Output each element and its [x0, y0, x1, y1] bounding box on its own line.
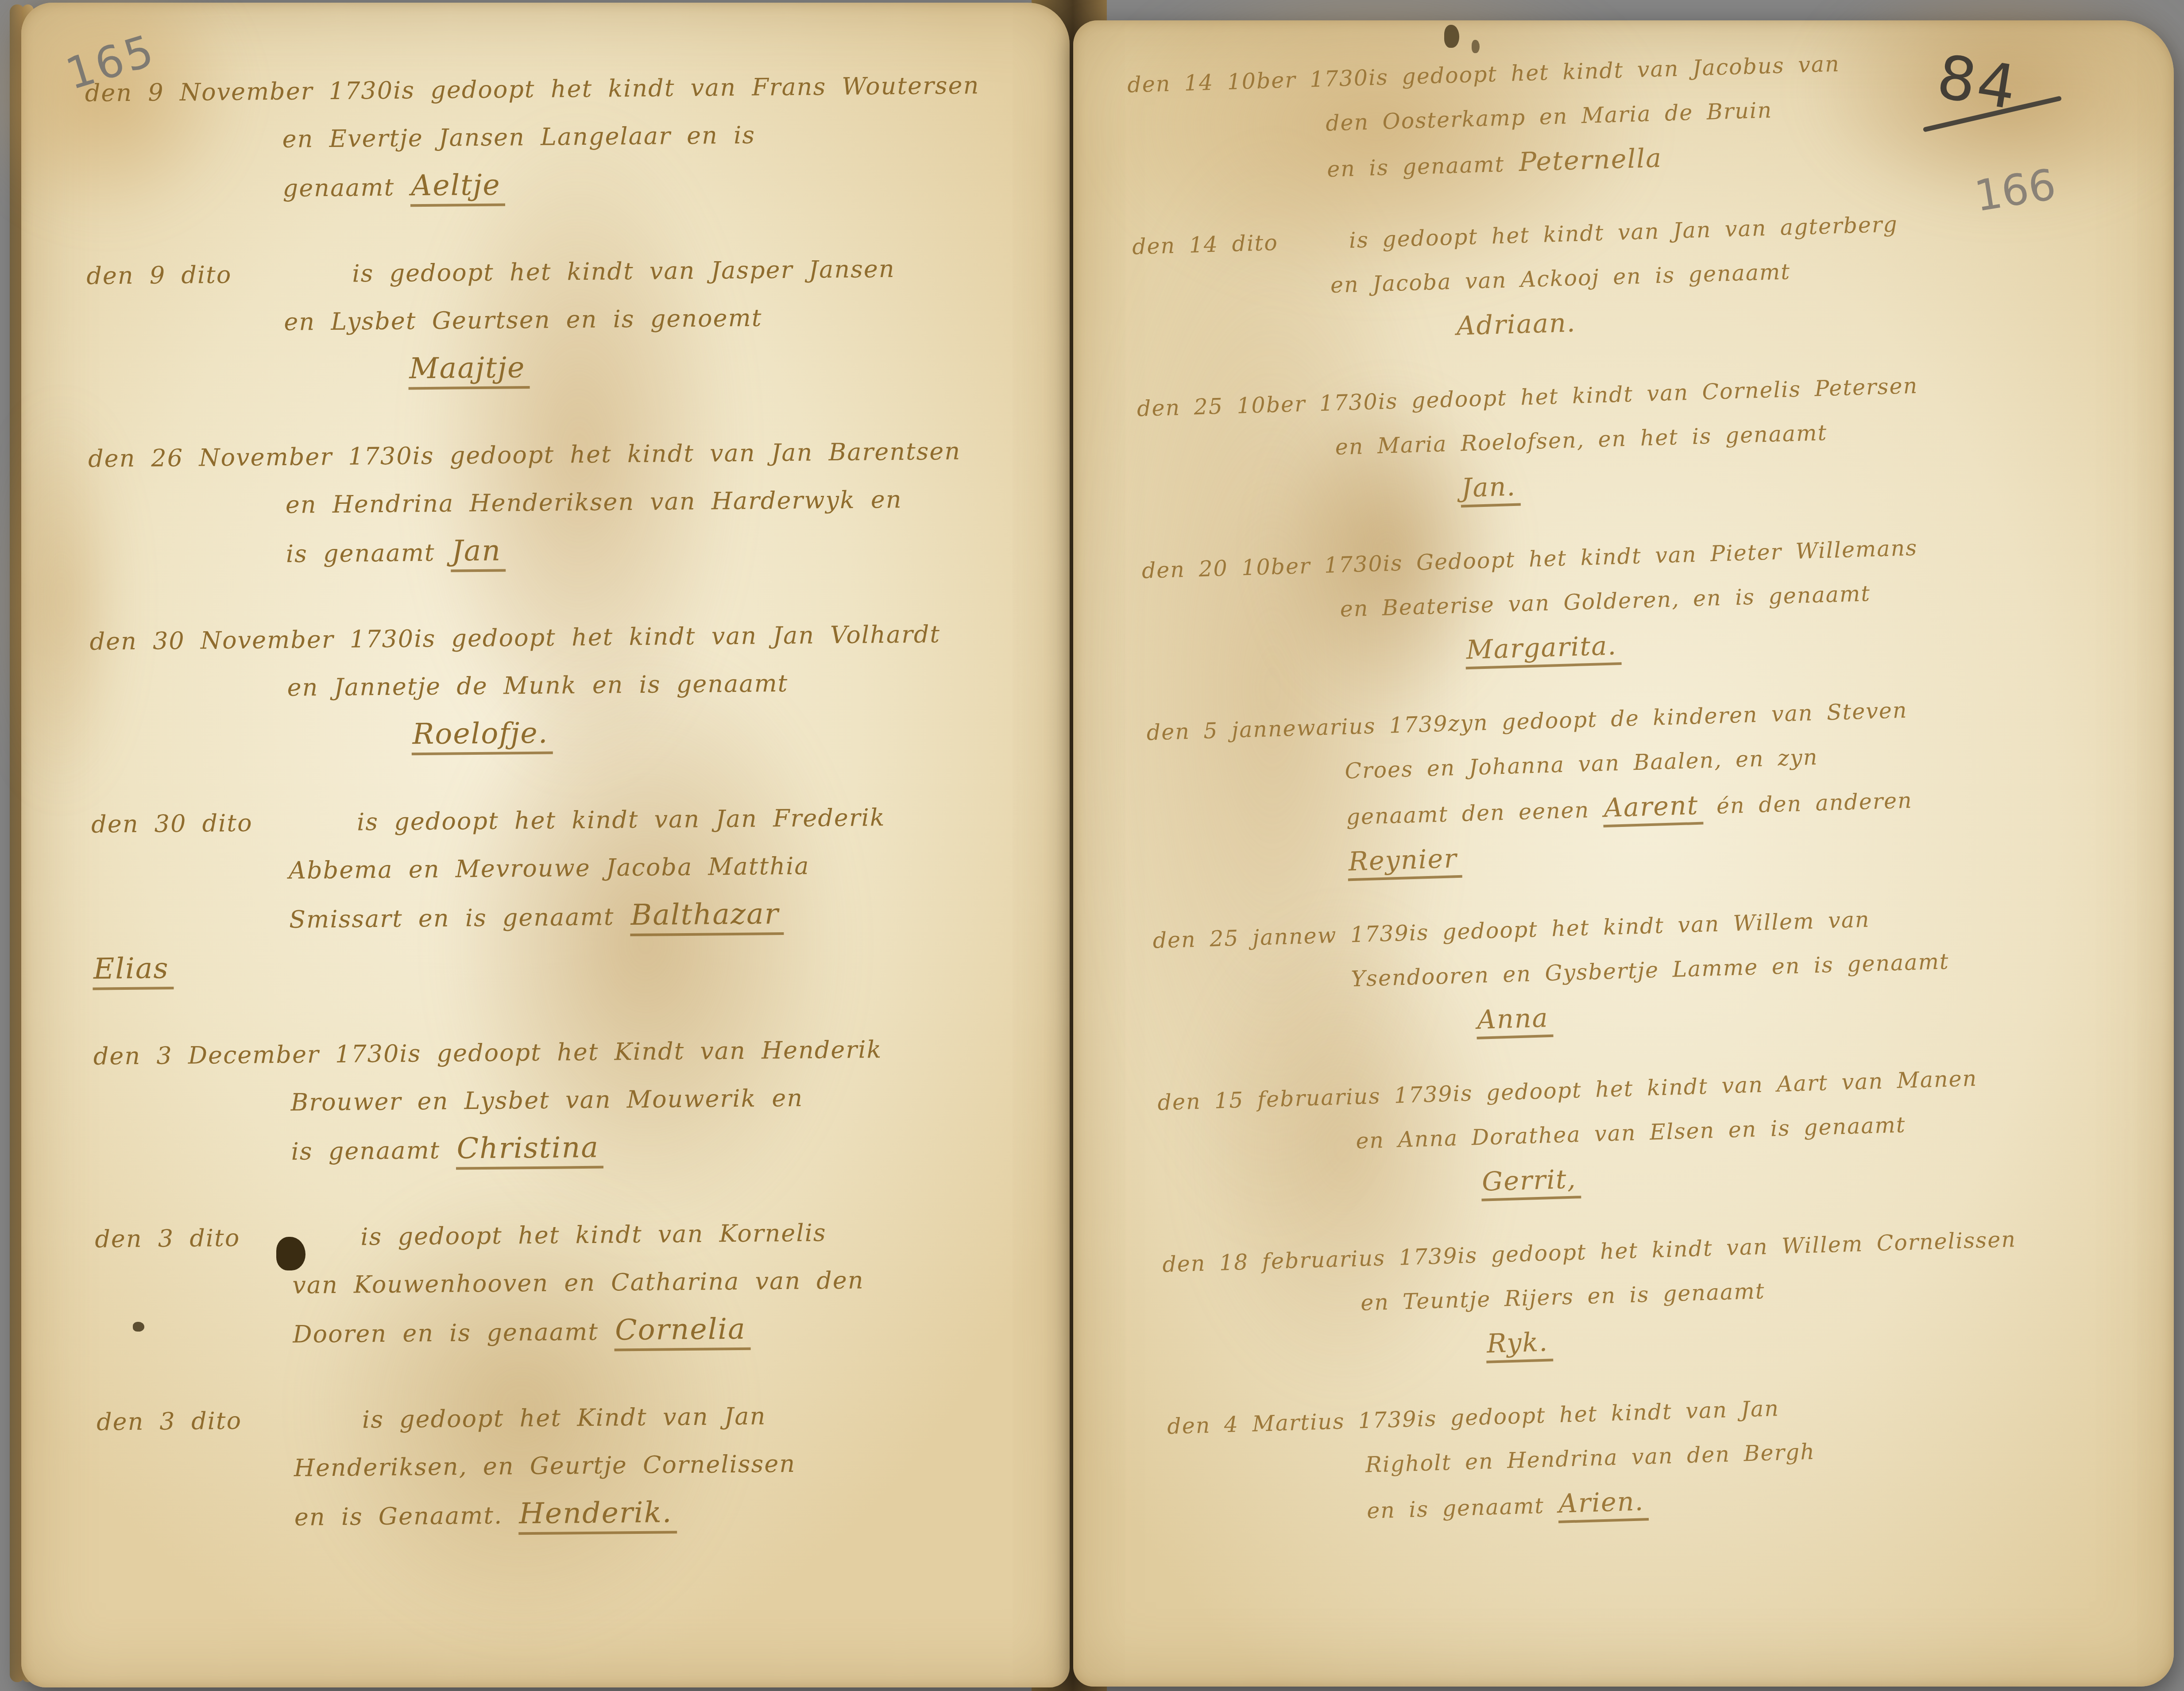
entry-line: Maajtje [408, 340, 1051, 394]
baptized-name: Arien. [1557, 1486, 1649, 1523]
baptized-name: Anna [1476, 1002, 1554, 1039]
baptism-entry: den 3 December 1730is gedoopt het Kindt … [93, 1024, 1058, 1178]
entry-line: den 9 ditois gedoopt het kindt van Jaspe… [86, 244, 1050, 300]
entry-text: Ysendooren en Gysbertje Lamme en is gena… [1351, 949, 1950, 992]
entry-line: den 26 November 1730is gedoopt het kindt… [88, 427, 1052, 483]
baptized-name: Christina [456, 1131, 603, 1170]
entry-text: is gedoopt het kindt van Jan Barentsen [412, 437, 961, 470]
entry-line: en Hendrina Henderiksen van Harderwyk en [285, 475, 1052, 529]
entry-date: den 20 10ber 1730 [1141, 542, 1384, 593]
entry-text: is gedoopt het kindt van Jan van agterbe… [1349, 212, 1898, 253]
entry-date: den 3 dito [97, 1396, 363, 1446]
baptized-name: Aarent [1603, 790, 1704, 828]
entry-text: en Jacoba van Ackooj en is genaamt [1330, 259, 1791, 298]
entry-text: en Lysbet Geurtsen en is genoemt [284, 304, 762, 336]
baptism-entry: den 25 10ber 1730is gedoopt het kindt va… [1136, 356, 2172, 521]
entry-text: en Jannetje de Munk en is genaamt [287, 669, 788, 702]
entry-date: den 14 10ber 1730 [1127, 56, 1369, 107]
entry-date: den 3 December 1730 [93, 1030, 399, 1081]
entry-text: Dooren en is genaamt [293, 1317, 614, 1348]
baptized-name: Cornelia [614, 1313, 750, 1351]
baptism-entry: den 20 10ber 1730is Gedoopt het kindt va… [1141, 518, 2177, 683]
entry-text: is gedoopt het kindt van Willem Cornelis… [1457, 1227, 2017, 1268]
baptism-entry: den 30 ditois gedoopt het kindt van Jan … [91, 792, 1056, 995]
baptism-entry: den 25 jannew 1739is gedoopt het kindt v… [1152, 888, 2184, 1053]
entry-text: is gedoopt het kindt van Jan Frederik [357, 803, 885, 836]
baptized-name: Aeltje [410, 168, 505, 207]
entry-text: Henderiksen, en Geurtje Cornelissen [294, 1450, 796, 1482]
entry-line: den 9 November 1730is gedoopt het kindt … [85, 61, 1048, 117]
baptized-name: Reynier [1347, 843, 1462, 881]
entry-line: den 30 November 1730is gedoopt het kindt… [89, 610, 1053, 666]
entry-text: is gedoopt het kindt van Jan [1417, 1396, 1780, 1432]
entry-text: is gedoopt het kindt van Willem van [1409, 907, 1870, 946]
entry-text: en Anna Dorathea van Elsen en is genaamt [1356, 1112, 1906, 1154]
entry-text: is gedoopt het kindt van Jacobus van [1368, 51, 1840, 91]
entry-line: den 3 ditois gedoopt het kindt van Korne… [95, 1207, 1059, 1263]
entry-date: den 3 dito [95, 1213, 361, 1263]
entry-date: den 9 November 1730 [85, 67, 393, 117]
baptism-entry: den 14 ditois gedoopt het kindt van Jan … [1132, 194, 2168, 359]
entry-line: den 30 ditois gedoopt het kindt van Jan … [91, 792, 1055, 849]
baptized-name: Gerrit, [1480, 1163, 1581, 1201]
entry-text: en is Genaamt. [294, 1501, 518, 1531]
entry-text: zyn gedoopt de kinderen van Steven [1448, 698, 1908, 737]
entry-line: Henderiksen, en Geurtje Cornelissen [294, 1438, 1060, 1492]
baptized-name: Jan. [1460, 471, 1521, 508]
entry-line: Brouwer en Lysbet van Mouwerik en [290, 1072, 1057, 1127]
entry-date: den 25 10ber 1730 [1136, 380, 1379, 431]
entry-text: en Hendrina Henderiksen van Harderwyk en [286, 486, 902, 519]
entry-line: en Lysbet Geurtsen en is genoemt [284, 292, 1051, 346]
entry-text: én den anderen [1703, 788, 1913, 819]
entry-line: Abbema en Mevrouwe Jacoba Matthia [289, 840, 1055, 895]
entry-text: is gedoopt het Kindt van Henderik [399, 1035, 882, 1068]
entry-text: is gedoopt het kindt van Jasper Jansen [352, 255, 895, 288]
baptized-name: Peternella [1518, 142, 1667, 179]
baptized-name: Adriaan. [1455, 307, 1581, 343]
baptized-name: Henderik. [518, 1496, 677, 1535]
entry-line: genaamt Aeltje [282, 157, 1049, 212]
entry-text: Croes en Johanna van Baalen, en zyn [1345, 745, 1818, 784]
baptism-entry: den 18 februarius 1739is gedoopt het kin… [1162, 1212, 2184, 1377]
left-page-entries: den 9 November 1730is gedoopt het kindt … [21, 0, 1083, 1582]
baptized-name: Maajtje [408, 351, 530, 390]
right-page-entries: den 14 10ber 1730is gedoopt het kindt va… [1073, 0, 2184, 1568]
baptism-entry: den 3 ditois gedoopt het kindt van Korne… [95, 1207, 1059, 1360]
entry-text: Smissart en is genaamt [289, 903, 630, 934]
entry-text: en is genaamt [1366, 1493, 1558, 1524]
entry-text: en Evertje Jansen Langelaar en is [282, 121, 755, 153]
entry-text: Brouwer en Lysbet van Mouwerik en [290, 1084, 803, 1116]
baptized-name: Roelofje. [411, 717, 553, 756]
manuscript-scan: 165 den 9 November 1730is gedoopt het ki… [0, 0, 2184, 1691]
entry-date: den 25 jannew 1739 [1152, 911, 1410, 963]
entry-line: en is Genaamt. Henderik. [294, 1486, 1061, 1541]
entry-date: den 15 februarius 1739 [1157, 1072, 1453, 1125]
baptism-entry: den 5 jannewarius 1739zyn gedoopt de kin… [1146, 680, 2183, 892]
baptism-entry: den 4 Martius 1739is gedoopt het kindt v… [1167, 1374, 2184, 1539]
entry-line: is genaamt Jan [286, 522, 1052, 578]
entry-line: den 3 ditois gedoopt het Kindt van Jan [97, 1390, 1060, 1446]
entry-line: van Kouwenhooven en Catharina van den [292, 1255, 1059, 1309]
entry-text: is Gedoopt het kindt van Pieter Willeman… [1383, 535, 1918, 576]
entry-text: genaamt [282, 173, 410, 202]
entry-text: is genaamt [291, 1136, 456, 1166]
baptism-entry: den 26 November 1730is gedoopt het kindt… [88, 427, 1053, 580]
entry-text: en is genaamt [1326, 151, 1518, 182]
baptism-entry: den 3 ditois gedoopt het Kindt van JanHe… [97, 1390, 1061, 1543]
baptized-name: Elias [93, 952, 174, 990]
entry-date: den 18 februarius 1739 [1162, 1234, 1458, 1287]
baptism-entry: den 15 februarius 1739is gedoopt het kin… [1157, 1050, 2184, 1215]
entry-line: en Evertje Jansen Langelaar en is [282, 109, 1049, 163]
entry-text: van Kouwenhooven en Catharina van den [292, 1266, 864, 1299]
entry-text: Righolt en Hendrina van den Bergh [1365, 1439, 1815, 1478]
entry-line: Roelofje. [411, 705, 1054, 760]
entry-text: is gedoopt het kindt van Cornelis Peters… [1378, 373, 1918, 414]
entry-text: is gedoopt het kindt van Aart van Manen [1453, 1066, 1978, 1106]
baptism-entry: den 9 November 1730is gedoopt het kindt … [85, 61, 1049, 214]
baptized-name: Margarita. [1465, 630, 1622, 669]
right-page: 84 166 den 14 10ber 1730is gedoopt het k… [1073, 20, 2174, 1687]
baptized-name: Jan [450, 534, 506, 572]
entry-line: en Jannetje de Munk en is genaamt [287, 657, 1054, 712]
entry-line: Elias [93, 937, 1056, 995]
entry-date: den 26 November 1730 [88, 432, 413, 483]
entry-text: en Maria Roelofsen, en het is genaamt [1335, 420, 1828, 460]
entry-date: den 4 Martius 1739 [1167, 1397, 1418, 1449]
entry-date: den 9 dito [86, 250, 352, 300]
left-page: 165 den 9 November 1730is gedoopt het ki… [21, 3, 1070, 1687]
entry-line: den 3 December 1730is gedoopt het Kindt … [93, 1024, 1057, 1081]
entry-line: Dooren en is genaamt Cornelia [293, 1303, 1059, 1359]
entry-text: is gedoopt het kindt van Frans Woutersen [393, 71, 980, 104]
entry-text: is gedoopt het Kindt van Jan [362, 1402, 766, 1433]
baptized-name: Balthazar [630, 897, 784, 936]
baptism-entry: den 14 10ber 1730is gedoopt het kindt va… [1127, 32, 2163, 197]
entry-date: den 14 dito [1132, 219, 1350, 269]
baptism-entry: den 30 November 1730is gedoopt het kindt… [89, 610, 1054, 763]
entry-text: is genaamt [286, 539, 451, 568]
entry-text: den Oosterkamp en Maria de Bruin [1325, 97, 1773, 136]
entry-text: Abbema en Mevrouwe Jacoba Matthia [289, 852, 810, 884]
entry-date: den 30 November 1730 [89, 615, 414, 665]
entry-text: en Teuntje Rijers en is genaamt [1360, 1278, 1765, 1316]
entry-text: is gedoopt het kindt van Kornelis [360, 1219, 827, 1251]
entry-text: genaamt den eenen [1346, 797, 1604, 830]
entry-text: en Beaterise van Golderen, en is genaamt [1340, 581, 1871, 622]
entry-line: is genaamt Christina [291, 1120, 1058, 1176]
entry-date: den 30 dito [91, 798, 357, 848]
baptism-entry: den 9 ditois gedoopt het kindt van Jaspe… [86, 244, 1051, 397]
baptized-name: Ryk. [1485, 1326, 1553, 1363]
entry-text: is gedoopt het kindt van Jan Volhardt [414, 620, 940, 652]
entry-line: Smissart en is genaamt Balthazar [289, 888, 1056, 944]
